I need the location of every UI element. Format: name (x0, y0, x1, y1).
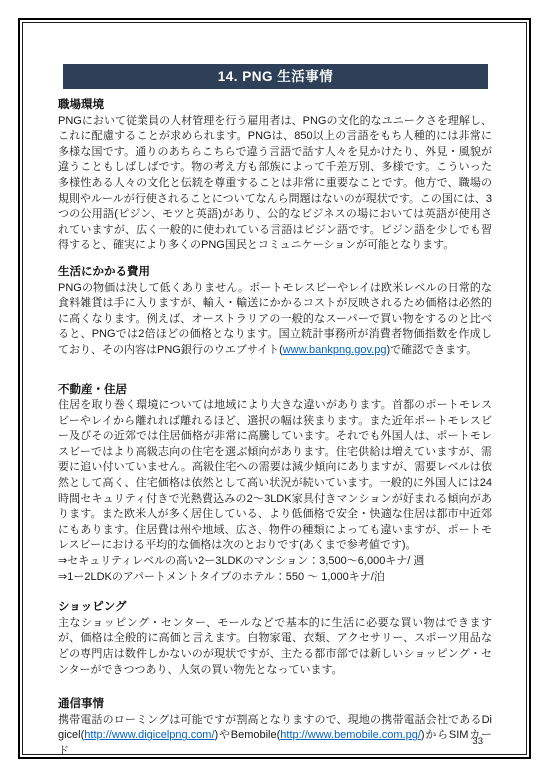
section-telecom: 通信事情 携帯電話のローミングは可能ですが割高となりますので、現地の携帯電話会社… (58, 697, 492, 759)
section-shopping: ショッピング 主なショッピング・センター、モールなどで基本的に生活に必要な買い物… (58, 600, 492, 678)
section-heading-housing: 不動産・住居 (58, 383, 492, 399)
cost-text-after-link: )で確認できます。 (387, 344, 478, 356)
chapter-title: 14. PNG 生活事情 (218, 69, 334, 84)
section-text-workplace: PNGにおいて従業員の人材管理を行う雇用者は、PNGの文化的なユニークさを理解し… (58, 114, 492, 254)
section-workplace: 職場環境 PNGにおいて従業員の人材管理を行う雇用者は、PNGの文化的なユニーク… (58, 98, 492, 254)
page-content: 14. PNG 生活事情 職場環境 PNGにおいて従業員の人材管理を行う雇用者は… (58, 64, 492, 760)
chapter-title-bar: 14. PNG 生活事情 (63, 64, 488, 89)
digicel-website-link[interactable]: http://www.digicelpng.com/ (84, 729, 214, 741)
section-heading-shopping: ショッピング (58, 600, 492, 616)
page-number: 33 (472, 736, 483, 747)
section-heading-workplace: 職場環境 (58, 98, 492, 114)
bemobile-website-link[interactable]: http://www.bemobile.com.pg/ (280, 729, 421, 741)
section-heading-cost-of-living: 生活にかかる費用 (58, 265, 492, 281)
section-text-shopping: 主なショッピング・センター、モールなどで基本的に生活に必要な買い物はできますが、… (58, 616, 492, 678)
section-text-cost-of-living: PNGの物価は決して低くありません。ポートモレスビーやレイは欧米レベルの日常的な… (58, 281, 492, 359)
housing-price-item-mansion: ⇒セキュリティレベルの高い2ー3LDKのマンション：3,500〜6,000キナ/… (58, 554, 492, 570)
telecom-text-mid: )やBemobile( (215, 729, 281, 741)
section-heading-telecom: 通信事情 (58, 697, 492, 713)
section-text-housing: 住居を取り巻く環境については地域により大きな違いがあります。首都のポートモレスビ… (58, 398, 492, 554)
bankpng-website-link[interactable]: www.bankpng.gov.pg (283, 344, 387, 356)
section-text-telecom: 携帯電話のローミングは可能ですが割高となりますので、現地の携帯電話会社であるDi… (58, 713, 492, 760)
section-housing: 不動産・住居 住居を取り巻く環境については地域により大きな違いがあります。首都の… (58, 383, 492, 586)
section-cost-of-living: 生活にかかる費用 PNGの物価は決して低くありません。ポートモレスビーやレイは欧… (58, 265, 492, 359)
housing-price-item-hotel: ⇒1ー2LDKのアパートメントタイプのホテル：550 〜 1,000キナ/泊 (58, 570, 492, 586)
